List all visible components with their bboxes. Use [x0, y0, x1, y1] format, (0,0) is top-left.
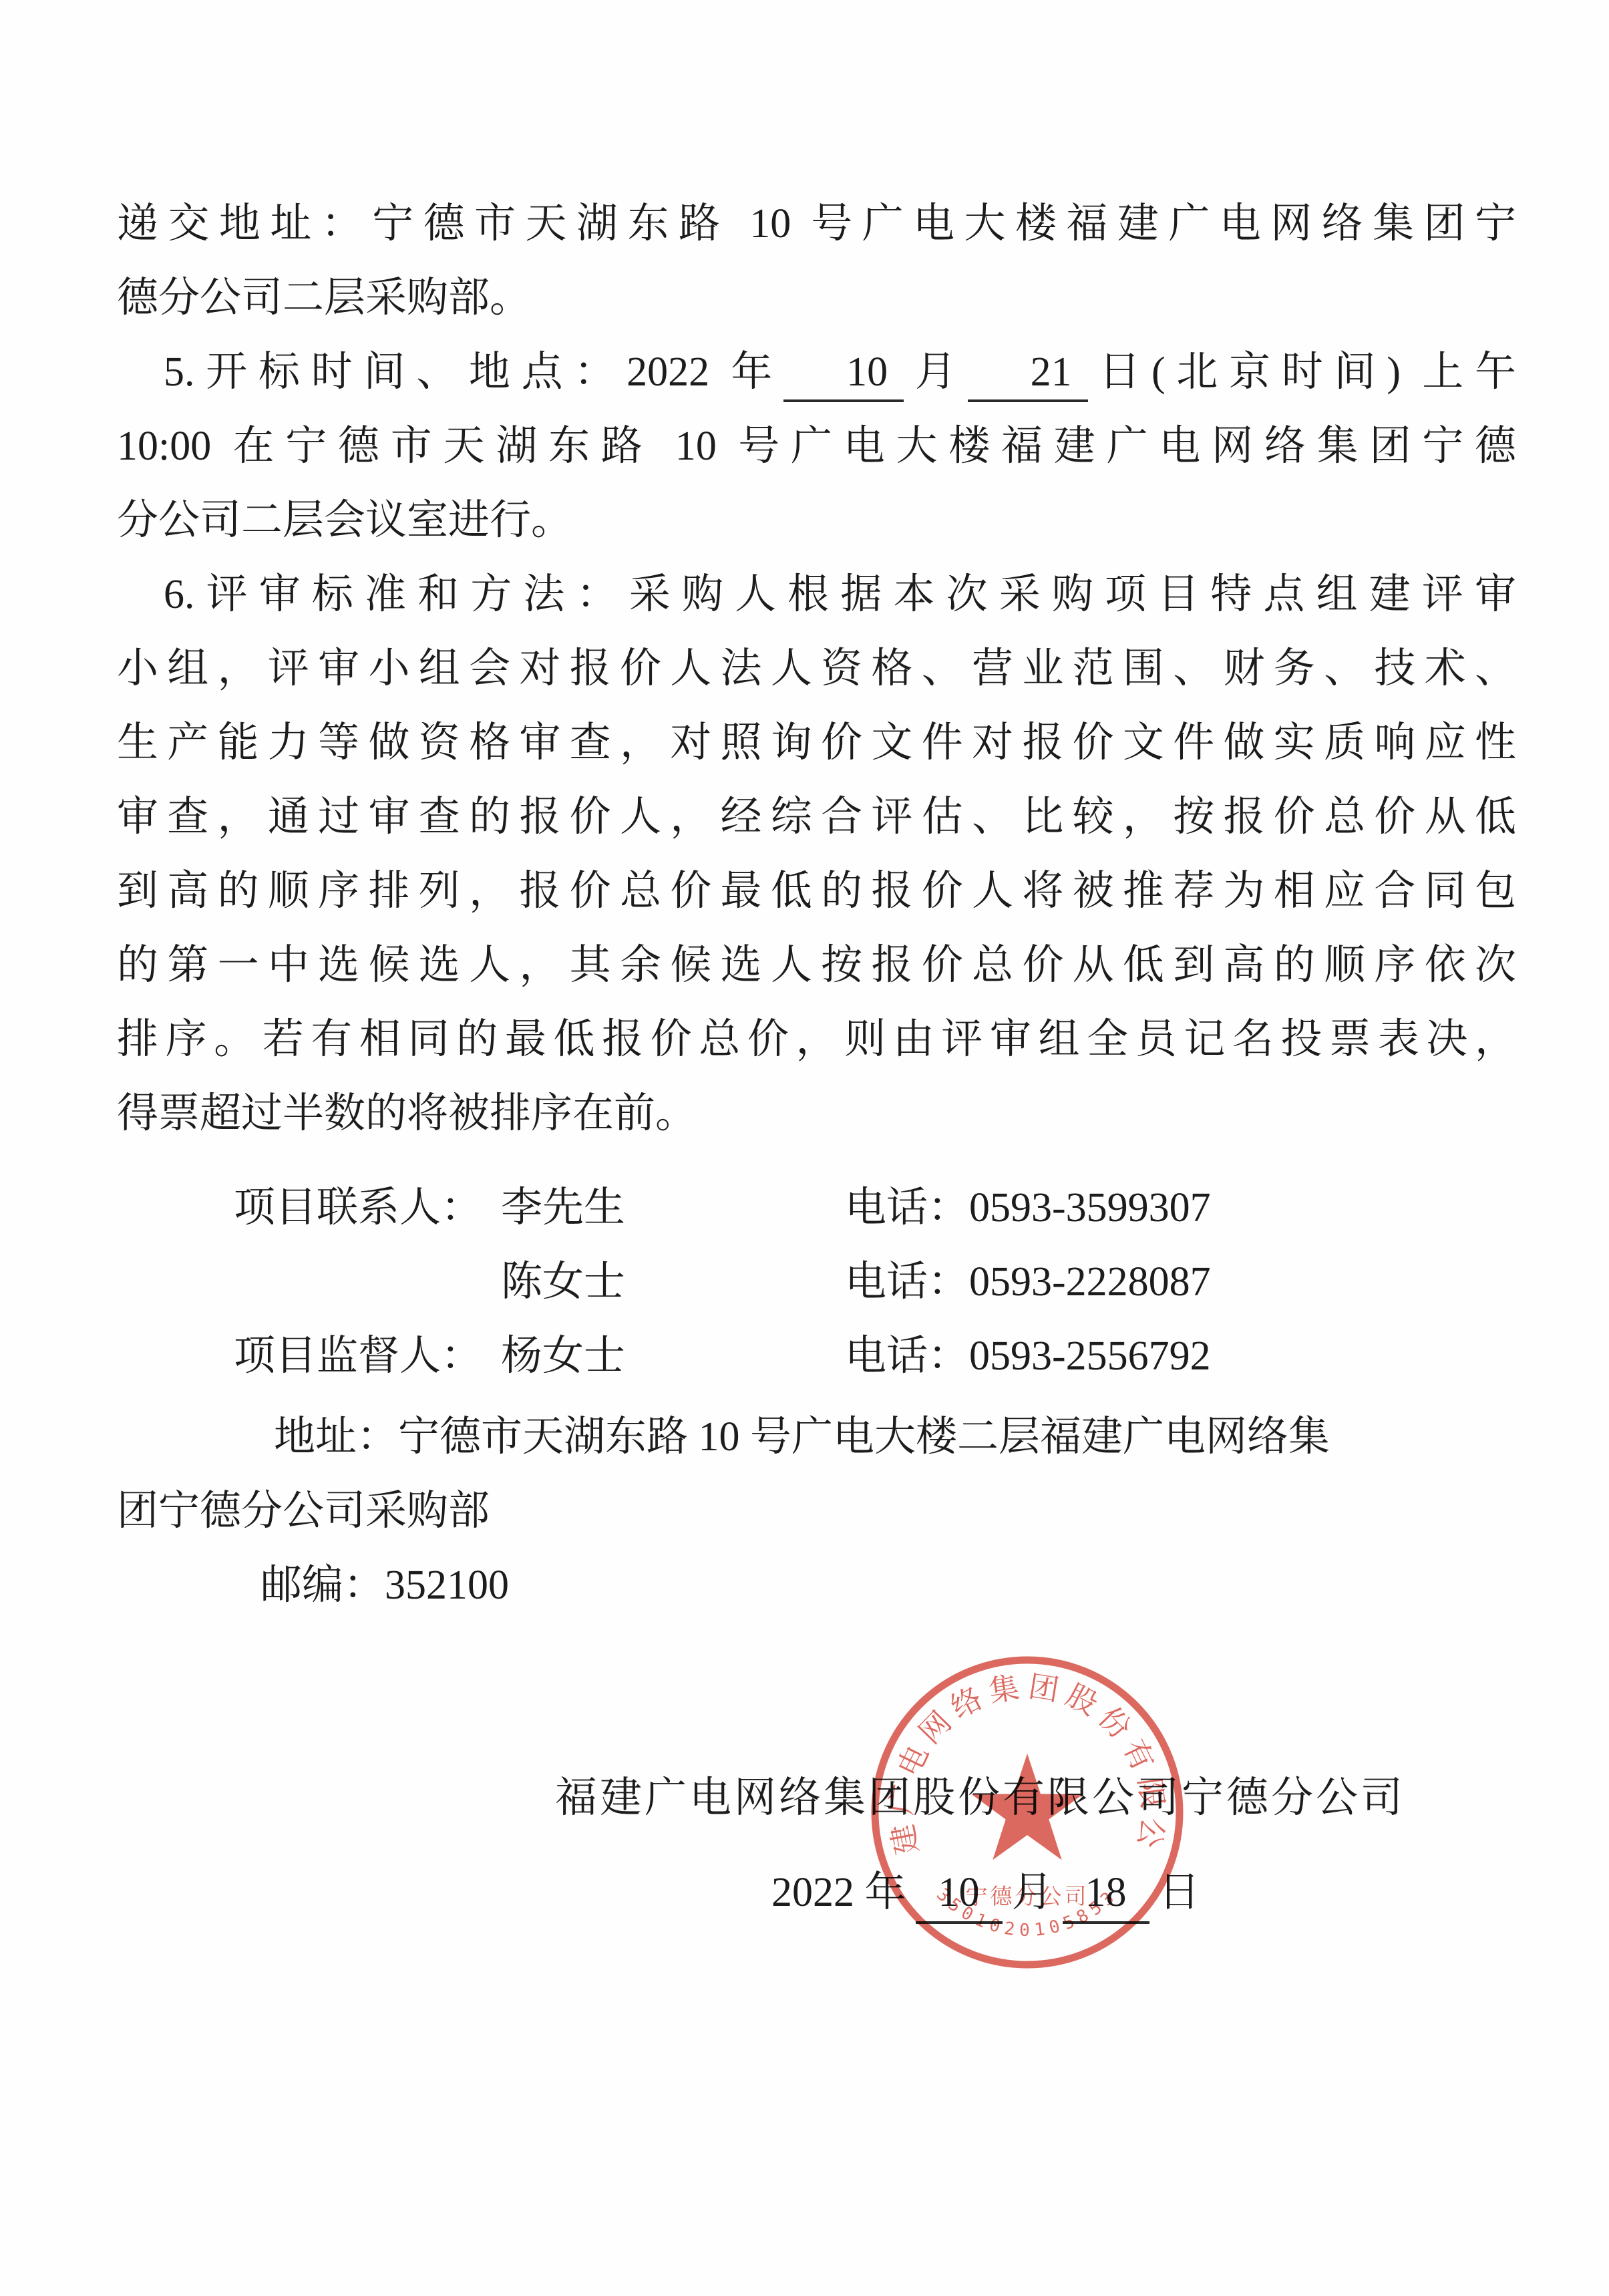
- body-line: 递交地址：宁德市天湖东路 10 号广电大楼福建广电网络集团宁: [117, 187, 1516, 261]
- phone-label: 电话：: [845, 1185, 969, 1231]
- phone-label: 电话：: [845, 1259, 969, 1305]
- body-line-bid-opening: 5.开标时间、地点：2022 年10月21日(北京时间) 上午: [117, 335, 1516, 409]
- contact-role-label: 项目监督人：: [234, 1319, 501, 1393]
- contact-name: 杨女士: [501, 1319, 845, 1393]
- contact-phone: 电话：0593-3599307: [845, 1171, 1403, 1245]
- contact-role-label: 项目联系人：: [234, 1171, 501, 1245]
- contact-phone: 电话：0593-2556792: [845, 1319, 1403, 1393]
- document-page: 递交地址：宁德市天湖东路 10 号广电大楼福建广电网络集团宁 德分公司二层采购部…: [0, 0, 1609, 2296]
- phone-label: 电话：: [845, 1333, 969, 1379]
- contact-row: 陈女士 电话：0593-2228087: [234, 1245, 1403, 1319]
- phone-number: 0593-3599307: [969, 1185, 1211, 1231]
- seal-star-icon: [971, 1754, 1083, 1860]
- address-line: 地址：宁德市天湖东路 10 号广电大楼二层福建广电网络集: [117, 1400, 1516, 1474]
- body-line: 10:00 在宁德市天湖东路 10 号广电大楼福建广电网络集团宁德: [117, 409, 1516, 484]
- bid-open-suffix: 日(北京时间) 上午: [1088, 349, 1516, 395]
- contact-name: 陈女士: [501, 1245, 845, 1319]
- bid-open-prefix: 5.开标时间、地点：2022 年: [164, 349, 783, 395]
- contact-phone: 电话：0593-2228087: [845, 1245, 1403, 1319]
- body-line: 生产能力等做资格审查，对照询价文件对报价文件做实质响应性: [117, 706, 1516, 780]
- body-line: 6.评审标准和方法：采购人根据本次采购项目特点组建评审: [117, 558, 1516, 632]
- contact-section: 项目联系人： 李先生 电话：0593-3599307 陈女士 电话：0593-2…: [234, 1171, 1403, 1393]
- body-line: 小组，评审小组会对报价人法人资格、营业范围、财务、技术、: [117, 632, 1516, 706]
- bid-open-day-underlined: 21: [968, 347, 1088, 402]
- body-line: 得票超过半数的将被排序在前。: [117, 1077, 1516, 1151]
- address-line: 团宁德分公司采购部: [117, 1474, 1516, 1548]
- contact-row: 项目联系人： 李先生 电话：0593-3599307: [234, 1171, 1403, 1245]
- contact-row: 项目监督人： 杨女士 电话：0593-2556792: [234, 1319, 1403, 1393]
- contact-name: 李先生: [501, 1171, 845, 1245]
- body-line: 分公司二层会议室进行。: [117, 484, 1516, 558]
- bid-open-month-underlined: 10: [783, 347, 904, 402]
- body-line: 德分公司二层采购部。: [117, 261, 1516, 335]
- postal-code-line: 邮编：352100: [117, 1548, 1516, 1623]
- phone-number: 0593-2556792: [969, 1333, 1211, 1379]
- body-line: 审查，通过审查的报价人，经综合评估、比较，按报价总价从低: [117, 780, 1516, 854]
- body-line: 排序。若有相同的最低报价总价，则由评审组全员记名投票表决，: [117, 1003, 1516, 1077]
- phone-number: 0593-2228087: [969, 1259, 1211, 1305]
- body-text: 递交地址：宁德市天湖东路 10 号广电大楼福建广电网络集团宁 德分公司二层采购部…: [117, 187, 1516, 1151]
- body-line: 的第一中选候选人，其余候选人按报价总价从低到高的顺序依次: [117, 929, 1516, 1003]
- bid-open-month-label: 月: [904, 349, 967, 395]
- company-seal: 福建广电网络集团股份有限公司 宁德分公司 3501020105853: [864, 1649, 1191, 1976]
- body-line: 到高的顺序排列，报价总价最低的报价人将被推荐为相应合同包: [117, 854, 1516, 929]
- seal-branch-text: 宁德分公司: [966, 1884, 1089, 1909]
- contact-role-label: [234, 1245, 501, 1319]
- address-section: 地址：宁德市天湖东路 10 号广电大楼二层福建广电网络集 团宁德分公司采购部 邮…: [117, 1400, 1516, 1623]
